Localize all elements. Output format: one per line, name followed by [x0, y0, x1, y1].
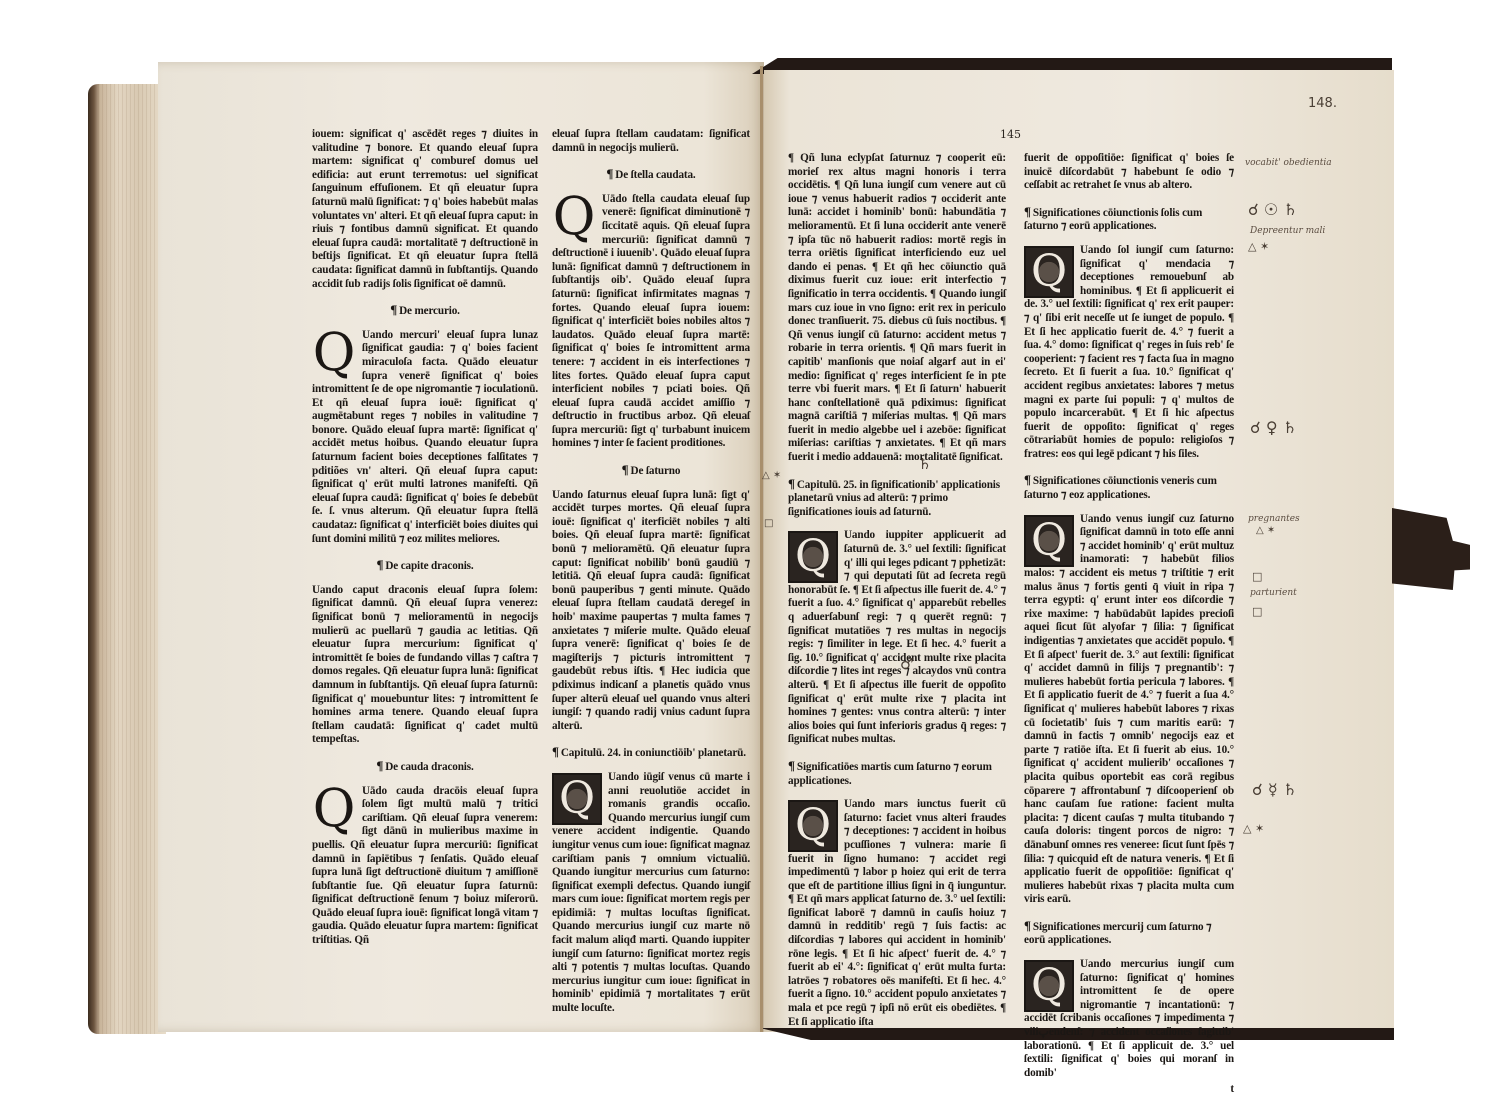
left-column-1: iouem: significat q' ascēdēt reges ⁊ diu…	[312, 128, 538, 951]
section-heading: ¶Significationes cōiunctionis ſolis cum …	[1024, 205, 1234, 234]
body-text: QUando iuppiter applicuerit ad ſaturnū d…	[788, 529, 1006, 747]
pilcrow-icon: ¶	[1024, 204, 1031, 219]
decorated-initial: Q	[1024, 960, 1074, 1012]
body-text: fuerit de oppoſitiōe: ſignificat q' boie…	[1024, 152, 1234, 193]
body-text: eleuaſ ſupra ſtellam caudatam: ſignifica…	[552, 128, 750, 155]
body-text: QUando ſol iungiſ cum ſaturno: ſignifica…	[1024, 244, 1234, 462]
body-text: Uando caput draconis eleuaſ ſupra ſolem:…	[312, 584, 538, 747]
decorated-initial: Q	[788, 800, 838, 852]
initial-letter: Q	[552, 195, 596, 239]
saturn-symbol-note: ♄	[918, 455, 931, 473]
initial-letter: Q	[312, 331, 356, 375]
pilcrow-icon: ¶	[552, 744, 559, 759]
printed-page-number: 145	[1000, 128, 1021, 141]
body-text: QUando venus iungiſ cuz ſaturno ſignific…	[1024, 513, 1234, 907]
chapter-heading: ¶Capitulū. 25. in ſignificationib' appli…	[788, 477, 1006, 520]
right-column-1: ¶ Qñ luna eclypſat ſaturnuz ⁊ cooperit e…	[788, 152, 1006, 1032]
astrological-symbols-note: ☌ ☿ ♄	[1252, 780, 1297, 799]
marginal-note: Depreentur mali	[1250, 226, 1325, 236]
square-aspect-icon: □	[1252, 605, 1262, 618]
left-column-2: eleuaſ ſupra ſtellam caudatam: ſignifica…	[552, 128, 750, 1019]
body-text: QUando mercurius iungiſ cum ſaturno: ſig…	[1024, 958, 1234, 1080]
decorated-initial: Q	[552, 773, 602, 825]
pilcrow-icon: ¶	[788, 476, 795, 491]
body-text: ¶ Qñ luna eclypſat ſaturnuz ⁊ cooperit e…	[788, 152, 1006, 465]
pilcrow-icon: ¶	[606, 166, 613, 181]
body-text: iouem: significat q' ascēdēt reges ⁊ diu…	[312, 128, 538, 291]
decorated-initial: Q	[1024, 246, 1074, 298]
section-heading: ¶De ſaturno	[552, 463, 750, 479]
astrological-symbols-note: ☌ ☉ ♄	[1248, 200, 1298, 219]
right-column-2: fuerit de oppoſitiōe: ſignificat q' boie…	[1024, 152, 1234, 1097]
astrological-symbols-note: ☌ ♀ ♄	[1250, 418, 1297, 437]
aspect-symbols-note: △ ✶	[762, 470, 781, 481]
pilcrow-icon: ¶	[376, 758, 383, 773]
book-gutter	[760, 66, 763, 1032]
body-text: QUando mars iunctus fuerit cū ſaturno: f…	[788, 798, 1006, 1029]
section-heading: ¶De ſtella caudata.	[552, 167, 750, 183]
book-fore-edge	[88, 84, 166, 1034]
pilcrow-icon: ¶	[622, 462, 629, 477]
decorated-initial: Q	[1024, 515, 1074, 567]
aspect-symbols-note: △ ✶	[1256, 525, 1275, 536]
pilcrow-icon: ¶	[1024, 472, 1031, 487]
chapter-heading: ¶Capitulū. 24. in coniunctiōib' planetar…	[552, 745, 750, 761]
body-text: QUādo cauda dracōis eleuaſ ſupra ſolem ſ…	[312, 785, 538, 948]
pilcrow-icon: ¶	[376, 557, 383, 572]
marginal-note: vocabit' obedientia	[1245, 158, 1332, 168]
book-clasp	[1392, 508, 1470, 590]
handwritten-folio-number: 148.	[1308, 96, 1337, 111]
aspect-symbols-note: △ ✶	[1243, 822, 1264, 835]
marginal-note: parturient	[1250, 588, 1297, 598]
section-heading: ¶De cauda draconis.	[312, 759, 538, 775]
section-heading: ¶De capite draconis.	[312, 558, 538, 574]
square-aspect-icon: □	[764, 518, 773, 529]
marginal-note: pregnantes	[1248, 514, 1300, 524]
square-aspect-icon: □	[1252, 570, 1262, 583]
aspect-symbols-note: △ ✶	[1248, 240, 1269, 253]
body-text: QUando iūgiſ venus cū marte i anni reuol…	[552, 771, 750, 1016]
pilcrow-icon: ¶	[390, 302, 397, 317]
section-heading: ¶Significatiōes martis cum ſaturno ⁊ eor…	[788, 759, 1006, 788]
body-text: QUando mercuri' eleuaſ ſupra lunaz ſigni…	[312, 329, 538, 547]
section-heading: ¶De mercurio.	[312, 303, 538, 319]
pilcrow-icon: ¶	[1024, 918, 1031, 933]
section-heading: ¶Significationes cōiunctionis veneris cu…	[1024, 473, 1234, 502]
catchword: t	[1024, 1083, 1234, 1097]
body-text: Uando ſaturnus eleuaſ ſupra lunā: ſigt q…	[552, 489, 750, 734]
decorated-initial: Q	[788, 531, 838, 583]
open-book: iouem: significat q' ascēdēt reges ⁊ diu…	[0, 0, 1500, 1109]
pilcrow-icon: ¶	[788, 758, 795, 773]
initial-letter: Q	[312, 787, 356, 831]
section-heading: ¶Significationes mercurij cum ſaturno ⁊ …	[1024, 919, 1234, 948]
mars-symbol-note: ♂	[900, 655, 913, 673]
body-text: QUādo ſtella caudata eleuaſ ſup venerē: …	[552, 193, 750, 451]
